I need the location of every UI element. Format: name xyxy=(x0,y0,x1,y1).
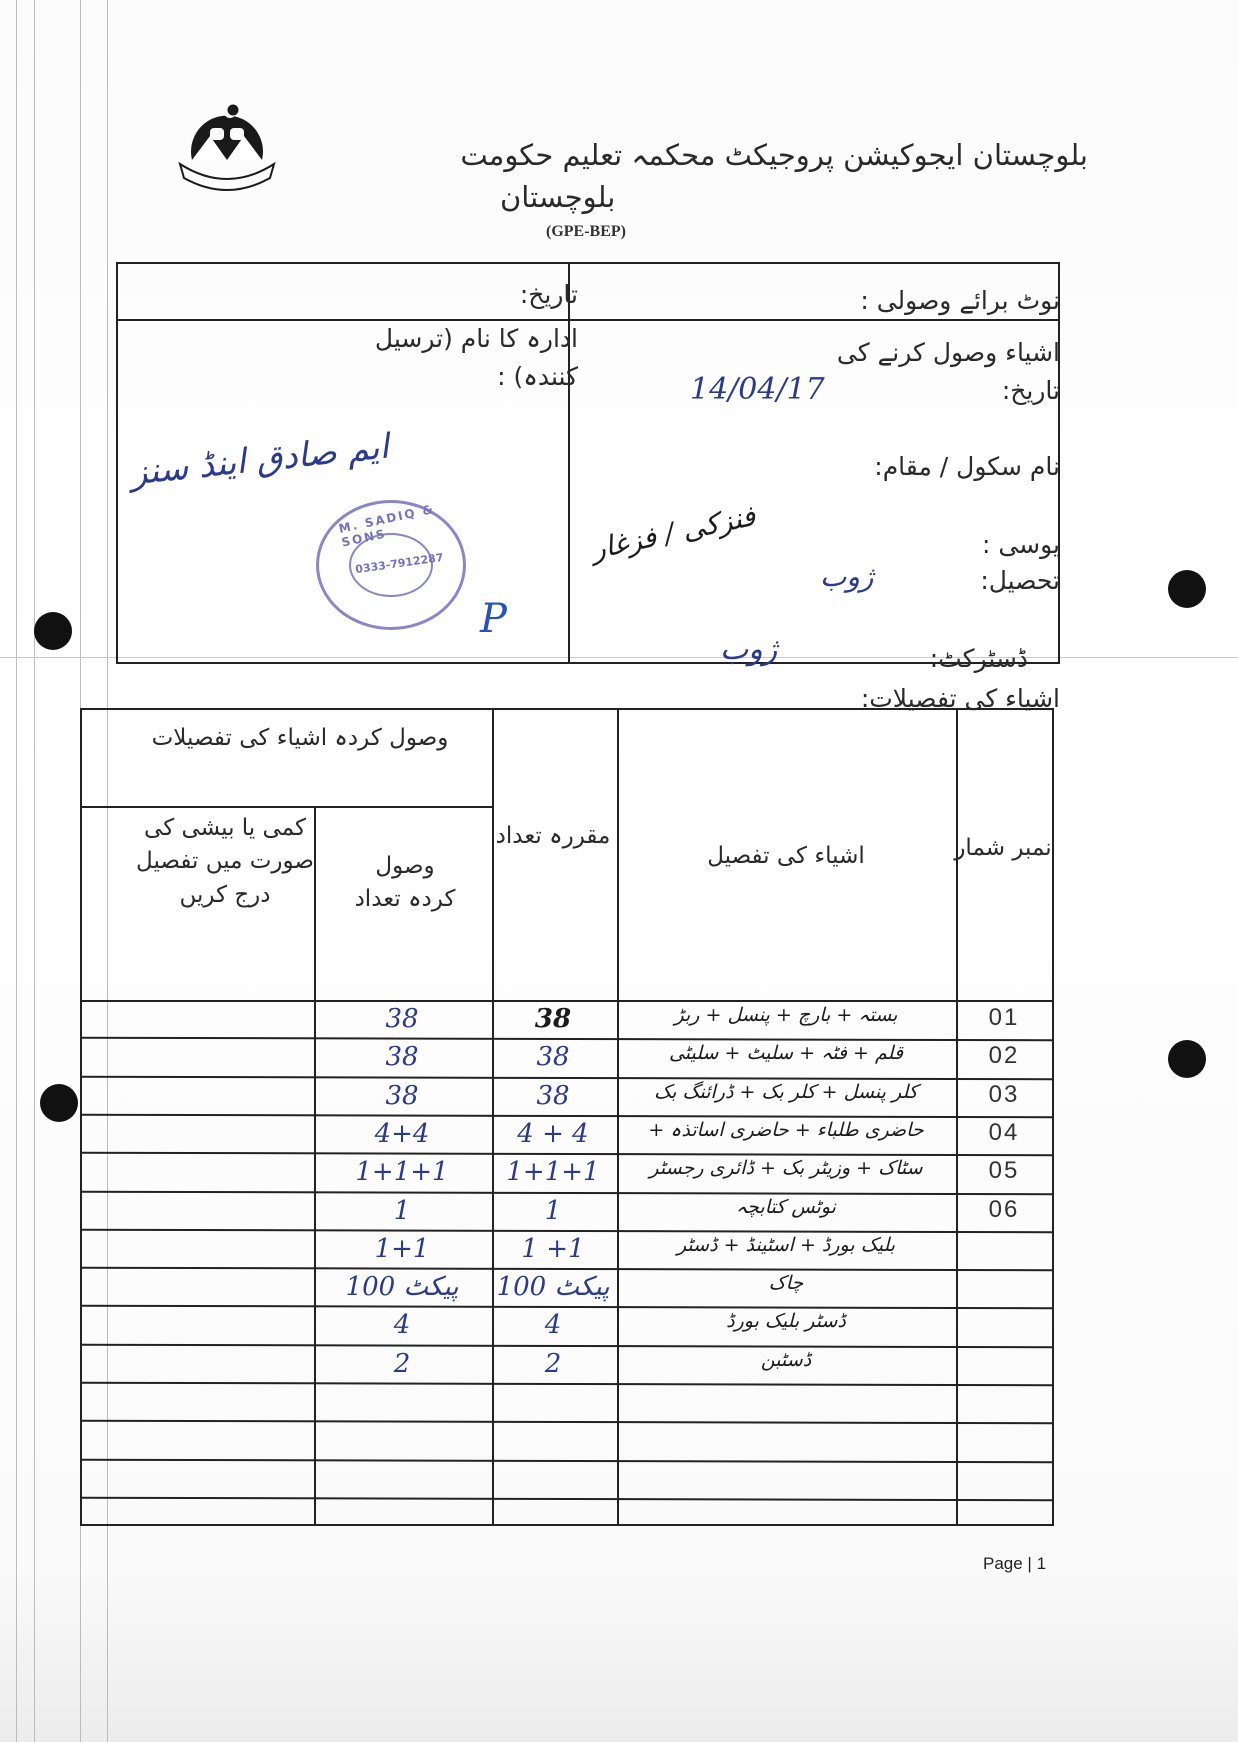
row-received-quantity: 38 xyxy=(314,1042,490,1072)
row-received-quantity: 2 xyxy=(314,1349,490,1379)
row-item-detail: چاک xyxy=(618,1272,954,1294)
sender-label-line2: کنندہ) : xyxy=(497,362,578,391)
signature-mark: P xyxy=(480,596,507,642)
row-fixed-quantity: 1+1+1 xyxy=(492,1157,614,1187)
header-fixed-quantity: مقررہ تعداد xyxy=(492,820,614,853)
sender-label-line1: ادارہ کا نام (ترسیل xyxy=(375,324,578,353)
header-serial-number: نمبر شمار xyxy=(954,832,1052,865)
document-subtitle: بلوچستان xyxy=(500,180,615,214)
header-received-items-group: وصول کردہ اشیاء کی تفصیلات xyxy=(120,722,480,755)
row-item-detail: ڈسٹر بلیک بورڈ xyxy=(618,1310,954,1332)
receipt-date-value: 14/04/17 xyxy=(690,372,825,407)
row-fixed-quantity: 2 xyxy=(492,1349,614,1379)
school-location-label: نام سکول / مقام: xyxy=(874,452,1060,481)
tehsil-label: تحصیل: xyxy=(980,566,1060,595)
row-received-quantity: 1+1 xyxy=(314,1234,490,1264)
union-council-label: یوسی : xyxy=(982,530,1060,559)
page-number: Page | 1 xyxy=(983,1554,1046,1574)
tehsil-value: ژوب xyxy=(820,560,873,593)
row-fixed-quantity: 1 xyxy=(492,1196,614,1226)
company-stamp: M. SADIQ & SONS 0333-7912287 xyxy=(316,500,466,630)
row-fixed-quantity: 4 xyxy=(492,1310,614,1340)
row-fixed-quantity: 4 + 4 xyxy=(492,1119,614,1149)
row-serial-number: 03 xyxy=(956,1081,1052,1109)
row-fixed-quantity: 1 +1 xyxy=(492,1234,614,1264)
row-item-detail: ڈسٹبن xyxy=(618,1349,954,1371)
row-serial-number: 05 xyxy=(956,1157,1052,1185)
row-fixed-quantity: 38 xyxy=(492,1081,614,1111)
binder-edge-line xyxy=(34,0,35,1742)
row-item-detail: بستہ + بارچ + پنسل + ربڑ xyxy=(618,1004,954,1026)
government-emblem-logo xyxy=(172,98,282,198)
row-fixed-quantity: 100 پیکٹ xyxy=(492,1272,614,1302)
row-item-detail: قلم + فٹہ + سلیٹ + سلیٹی xyxy=(618,1042,954,1064)
scanned-page: بلوچستان ایجوکیشن پروجیکٹ محکمہ تعلیم حک… xyxy=(0,0,1238,1742)
district-value: ژوب xyxy=(720,632,777,667)
note-for-receipt-label: نوٹ برائے وصولی : xyxy=(860,286,1060,315)
header-received-quantity: وصول کردہ تعداد xyxy=(350,850,460,917)
binder-edge-line xyxy=(16,0,17,1742)
row-fixed-quantity: 38 xyxy=(492,1042,614,1072)
document-title: بلوچستان ایجوکیشن پروجیکٹ محکمہ تعلیم حک… xyxy=(460,138,1088,172)
row-received-quantity: 1 xyxy=(314,1196,490,1226)
header-item-detail: اشیاء کی تفصیل xyxy=(617,840,955,873)
date-label: تاریخ: xyxy=(520,280,578,309)
punch-hole xyxy=(34,612,72,650)
row-received-quantity: 100 پیکٹ xyxy=(314,1272,490,1302)
receipt-date-label-line2: تاریخ: xyxy=(1002,376,1060,405)
punch-hole xyxy=(1168,570,1206,608)
row-fixed-quantity: 38 xyxy=(492,1004,614,1034)
row-item-detail: کلر پنسل + کلر بک + ڈرائنگ بک xyxy=(618,1081,954,1103)
row-received-quantity: 38 xyxy=(314,1004,490,1034)
row-received-quantity: 1+1+1 xyxy=(314,1157,490,1187)
row-serial-number: 01 xyxy=(956,1004,1052,1032)
district-label: ڈسٹرکٹ: xyxy=(930,644,1028,673)
receipt-date-label-line1: اشیاء وصول کرنے کی xyxy=(837,338,1060,367)
header-shortfall-remarks: کمی یا بیشی کی صورت میں تفصیل درج کریں xyxy=(120,812,330,912)
row-serial-number: 02 xyxy=(956,1042,1052,1070)
row-serial-number: 04 xyxy=(956,1119,1052,1147)
project-code: (GPE-BEP) xyxy=(546,223,626,241)
row-received-quantity: 4 xyxy=(314,1310,490,1340)
row-item-detail: سٹاک + وزیٹر بک + ڈائری رجسٹر xyxy=(618,1157,954,1179)
row-serial-number: 06 xyxy=(956,1196,1052,1224)
row-item-detail: نوٹس کتابچہ xyxy=(618,1196,954,1218)
row-received-quantity: 4+4 xyxy=(314,1119,490,1149)
row-item-detail: حاضری طلباء + حاضری اساتذہ + xyxy=(618,1119,954,1141)
punch-hole xyxy=(1168,1040,1206,1078)
punch-hole xyxy=(40,1084,78,1122)
row-item-detail: بلیک بورڈ + اسٹینڈ + ڈسٹر xyxy=(618,1234,954,1256)
row-received-quantity: 38 xyxy=(314,1081,490,1111)
